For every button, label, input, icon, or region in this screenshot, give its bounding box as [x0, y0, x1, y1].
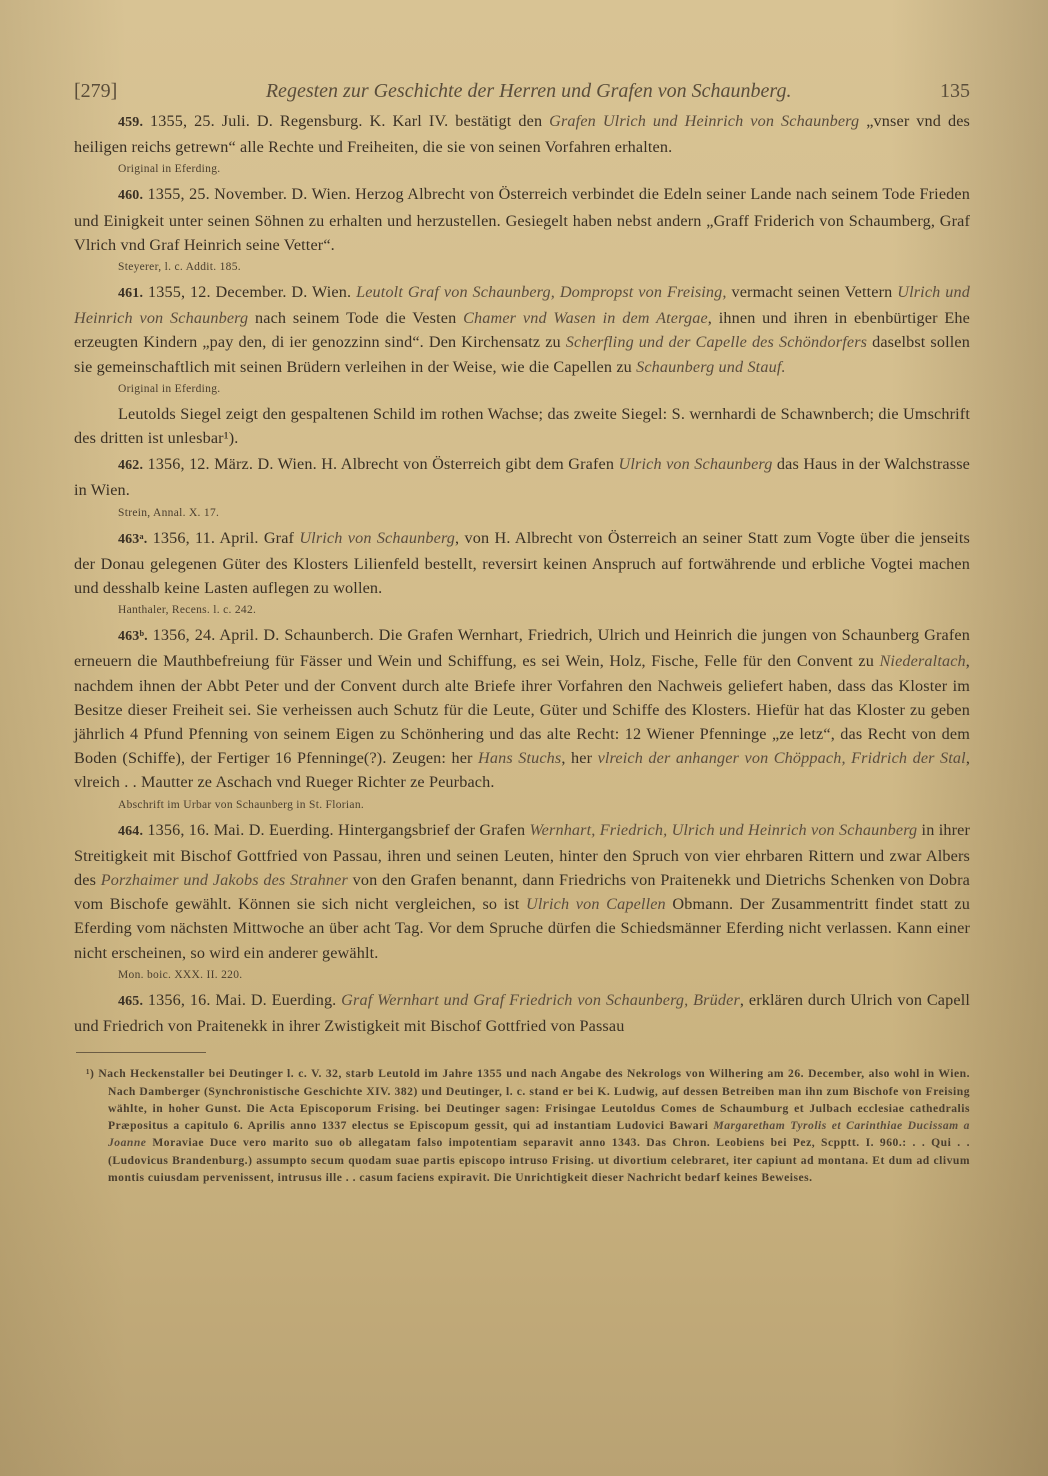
entry-number: 464.: [118, 824, 143, 839]
italic-name: Grafen Ulrich und Heinrich von Schaunber…: [549, 112, 859, 130]
italic-name: Graf Wernhart und Graf Friedrich von Sch…: [341, 991, 740, 1009]
regest-entry: 459. 1355, 25. Juli. D. Regensburg. K. K…: [74, 109, 970, 159]
entry-source: Original in Eferding.: [118, 380, 970, 398]
regesten-entries: 459. 1355, 25. Juli. D. Regensburg. K. K…: [74, 109, 970, 1038]
entry-source: Original in Eferding.: [118, 160, 970, 178]
italic-name: Ulrich von Schaunberg: [299, 529, 455, 547]
italic-name: Porzhaimer und Jakobs des Strahner: [101, 871, 348, 889]
regest-entry: 463ᵇ. 1356, 24. April. D. Schaunberch. D…: [74, 623, 970, 794]
entry-source: Mon. boic. XXX. II. 220.: [118, 966, 970, 984]
running-header: [279] Regesten zur Geschichte der Herren…: [74, 80, 970, 103]
italic-name: Leutolt Graf von Schaunberg, Dompropst v…: [356, 283, 727, 301]
italic-name: Margaretham Tyrolis et Carinthiae Duciss…: [108, 1119, 970, 1149]
italic-name: Scherfling und der Capelle des Schöndorf…: [566, 333, 867, 351]
italic-name: vlreich der anhanger von Chöppach, Fridr…: [598, 749, 966, 767]
footnote-marker: ¹): [86, 1067, 94, 1080]
regest-entry: 464. 1356, 16. Mai. D. Euerding. Hinterg…: [74, 818, 970, 965]
entry-number: 461.: [118, 286, 143, 301]
entry-number: 462.: [118, 458, 143, 473]
regest-entry: 461. 1355, 12. December. D. Wien. Leutol…: [74, 280, 970, 379]
page-reference: [279]: [74, 80, 117, 103]
regest-entry: 460. 1355, 25. November. D. Wien. Herzog…: [74, 182, 970, 257]
entry-number: 463ᵃ.: [118, 532, 147, 547]
italic-name: Niederaltach: [879, 652, 965, 670]
regest-entry: 463ᵃ. 1356, 11. April. Graf Ulrich von S…: [74, 526, 970, 601]
footnote: ¹) Nach Heckenstaller bei Deutinger l. c…: [74, 1065, 970, 1186]
seal-note: Leutolds Siegel zeigt den gespaltenen Sc…: [74, 402, 970, 450]
italic-name: Ulrich von Capellen: [526, 895, 666, 913]
italic-name: Hans Stuchs: [478, 749, 561, 767]
entry-source: Abschrift im Urbar von Schaunberg in St.…: [118, 796, 970, 814]
italic-name: Chamer vnd Wasen in dem Atergae: [463, 309, 708, 327]
entry-number: 463ᵇ.: [118, 629, 148, 644]
footnote-rule: [76, 1052, 206, 1053]
italic-name: Ulrich von Schaunberg: [619, 455, 773, 473]
entry-number: 460.: [118, 188, 143, 203]
italic-name: Wernhart, Friedrich, Ulrich und Heinrich…: [530, 821, 918, 839]
entry-source: Strein, Annal. X. 17.: [118, 504, 970, 522]
entry-source: Hanthaler, Recens. l. c. 242.: [118, 601, 970, 619]
regest-entry: 465. 1356, 16. Mai. D. Euerding. Graf We…: [74, 988, 970, 1038]
entry-number: 465.: [118, 994, 143, 1009]
running-title: Regesten zur Geschichte der Herren und G…: [266, 80, 792, 103]
regest-entry: 462. 1356, 12. März. D. Wien. H. Albrech…: [74, 452, 970, 502]
entry-source: Steyerer, l. c. Addit. 185.: [118, 258, 970, 276]
page-number: 135: [940, 80, 970, 103]
book-page: [279] Regesten zur Geschichte der Herren…: [74, 80, 970, 1186]
entry-number: 459.: [118, 115, 143, 130]
italic-name: Schaunberg und Stauf.: [636, 358, 786, 376]
